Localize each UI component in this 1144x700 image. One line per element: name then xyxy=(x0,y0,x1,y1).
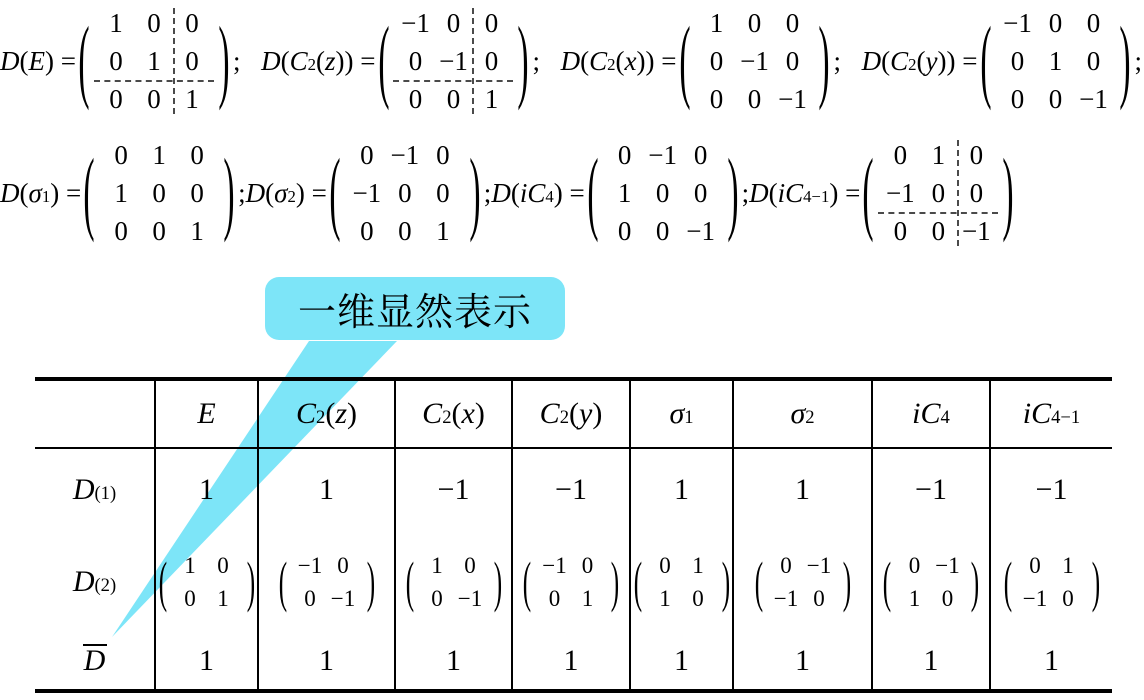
equation-lhs: D(E) = xyxy=(0,46,76,77)
slide-canvas: D(E) = (100010001);D(C2(z)) = (−1000−100… xyxy=(0,0,1144,700)
left-paren: ( xyxy=(587,146,598,240)
matrix-cell: 1 xyxy=(97,4,135,42)
equation-row-2: D(σ1) = (010100001);D(σ2) = (0−10−100001… xyxy=(0,136,1008,250)
table-cell: (−100−1) xyxy=(258,531,395,633)
equation-lhs: D(C2(x)) = xyxy=(561,46,677,77)
equation-lhs: D(C2(z)) = xyxy=(261,46,375,77)
matrix-cell: 0 xyxy=(571,549,604,582)
matrix: (0110) xyxy=(632,549,732,615)
table-header-row: EC2(z)C2(x)C2(y)σ1σ2iC4iC4−1 xyxy=(35,379,1112,448)
table-cell: (01−10) xyxy=(990,531,1112,633)
left-paren: ( xyxy=(679,14,690,108)
partition-hline xyxy=(94,80,214,82)
matrix: (01−10) xyxy=(1002,549,1102,615)
matrix-cell: 0 xyxy=(538,582,571,615)
matrix-cell: 1 xyxy=(173,80,211,118)
right-paren: ) xyxy=(1120,14,1131,108)
matrix-cell: −1 xyxy=(644,136,682,174)
matrix-cell: 0 xyxy=(881,136,919,174)
matrix-cell: −1 xyxy=(931,549,964,582)
left-paren: ( xyxy=(523,554,531,610)
matrix-cell: 0 xyxy=(327,549,360,582)
matrix-cell: −1 xyxy=(1019,582,1052,615)
matrix-cell: 0 xyxy=(606,136,644,174)
left-paren: ( xyxy=(78,14,89,108)
callout-label: 一维显然表示 xyxy=(298,281,532,336)
partition-vline xyxy=(957,140,959,246)
matrix-cell: 0 xyxy=(102,212,140,250)
matrix-cell: 0 xyxy=(735,80,773,118)
matrix-cell: −1 xyxy=(327,582,360,615)
table-cell: 1 xyxy=(155,448,258,531)
matrix-cell: 0 xyxy=(421,582,454,615)
matrix-cell: 0 xyxy=(682,582,715,615)
matrix-cell: 1 xyxy=(140,136,178,174)
table-cell: 1 xyxy=(733,448,872,531)
matrix-cell: 1 xyxy=(178,212,216,250)
column-header: σ1 xyxy=(630,379,733,448)
table-cell: 1 xyxy=(630,448,733,531)
matrix: (1001) xyxy=(157,549,257,615)
matrix-cell: 0 xyxy=(97,42,135,80)
matrix-cell: 0 xyxy=(386,212,424,250)
matrix-cell: 0 xyxy=(1074,4,1112,42)
equation: D(E) = (100010001); xyxy=(0,4,240,118)
matrix-cell: 0 xyxy=(1036,80,1074,118)
table-cell: 1 xyxy=(733,633,872,691)
equation-row-1: D(E) = (100010001);D(C2(z)) = (−1000−100… xyxy=(0,4,1142,118)
row-label: D(1) xyxy=(35,448,155,531)
table-row: D11111111 xyxy=(35,633,1112,691)
table-cell: 1 xyxy=(395,633,512,691)
partition-hline xyxy=(878,212,998,214)
table-cell: −1 xyxy=(512,448,630,531)
table-cell: 1 xyxy=(630,633,733,691)
table-cell: −1 xyxy=(872,448,990,531)
matrix-cell: 0 xyxy=(135,80,173,118)
left-paren: ( xyxy=(84,146,95,240)
matrix-cell: 1 xyxy=(424,212,462,250)
partition-vline xyxy=(472,8,474,114)
matrix-cell: 0 xyxy=(396,80,434,118)
matrix-cell: 1 xyxy=(649,582,682,615)
equation-lhs: D(iC4) = xyxy=(491,178,584,209)
matrix: (1000−1000−1) xyxy=(677,4,833,118)
equation-separator: ; xyxy=(1134,46,1142,77)
matrix-cell: 0 xyxy=(454,549,487,582)
matrix: (−10001000−1) xyxy=(978,4,1134,118)
matrix: (0−10−100001) xyxy=(327,136,483,250)
matrix-cell: 0 xyxy=(207,549,240,582)
matrix-cell: 1 xyxy=(1052,549,1085,582)
matrix-cell: 0 xyxy=(434,4,472,42)
table-cell: (1001) xyxy=(155,531,258,633)
equation-lhs: D(C2(y)) = xyxy=(862,46,978,77)
matrix: (010−10000−1) xyxy=(860,136,1016,250)
matrix-cell: −1 xyxy=(770,582,803,615)
matrix-cell: 1 xyxy=(174,549,207,582)
matrix-cell: 0 xyxy=(770,549,803,582)
partition-vline xyxy=(173,8,175,114)
table-cell: (0−1−10) xyxy=(733,531,872,633)
table-cell: (0110) xyxy=(630,531,733,633)
column-header: iC4−1 xyxy=(990,379,1112,448)
matrix-cell: 0 xyxy=(881,212,919,250)
matrix: (0−1010000−1) xyxy=(585,136,741,250)
right-paren: ) xyxy=(842,554,850,610)
row-label: D xyxy=(35,633,155,691)
column-header xyxy=(35,379,155,448)
left-paren: ( xyxy=(278,554,286,610)
matrix-cell: 1 xyxy=(421,549,454,582)
matrix-cell: 0 xyxy=(1019,549,1052,582)
matrix-cell: 0 xyxy=(735,4,773,42)
matrix-cell: 0 xyxy=(294,582,327,615)
matrix: (−1000−10001) xyxy=(376,4,532,118)
table-cell: 1 xyxy=(872,633,990,691)
right-paren: ) xyxy=(469,146,480,240)
matrix: (100−1) xyxy=(404,549,504,615)
left-paren: ( xyxy=(980,14,991,108)
matrix-cell: 0 xyxy=(472,42,510,80)
matrix-cell: −1 xyxy=(396,4,434,42)
right-paren: ) xyxy=(611,554,619,610)
right-paren: ) xyxy=(224,146,235,240)
representation-table: EC2(z)C2(x)C2(y)σ1σ2iC4iC4−1 D(1)11−1−11… xyxy=(35,377,1112,693)
matrix-cell: 0 xyxy=(998,42,1036,80)
left-paren: ( xyxy=(158,554,166,610)
matrix-cell: 0 xyxy=(178,174,216,212)
matrix-cell: 1 xyxy=(102,174,140,212)
matrix-cell: 0 xyxy=(424,174,462,212)
matrix-cell: 0 xyxy=(998,80,1036,118)
matrix-cell: 1 xyxy=(571,582,604,615)
matrix-cell: −1 xyxy=(682,212,720,250)
matrix-cell: 0 xyxy=(174,582,207,615)
left-paren: ( xyxy=(863,146,874,240)
matrix-cell: 0 xyxy=(178,136,216,174)
matrix-cell: −1 xyxy=(881,174,919,212)
right-paren: ) xyxy=(493,554,501,610)
matrix: (0−1−10) xyxy=(753,549,853,615)
matrix-cell: −1 xyxy=(386,136,424,174)
matrix-cell: 0 xyxy=(773,42,811,80)
row-label: D(2) xyxy=(35,531,155,633)
right-paren: ) xyxy=(1091,554,1099,610)
matrix-cell: −1 xyxy=(454,582,487,615)
matrix-cell: 1 xyxy=(472,80,510,118)
matrix-cell: 0 xyxy=(644,174,682,212)
matrix-cell: 0 xyxy=(348,136,386,174)
table-row: D(2)(1001)(−100−1)(100−1)(−1001)(0110)(0… xyxy=(35,531,1112,633)
equation: D(C2(y)) = (−10001000−1); xyxy=(862,4,1142,118)
matrix-cell: 0 xyxy=(957,174,995,212)
matrix-cell: 0 xyxy=(919,174,957,212)
matrix-cell: 0 xyxy=(957,136,995,174)
matrix-cell: 0 xyxy=(140,212,178,250)
equation: D(σ2) = (0−10−100001); xyxy=(246,136,492,250)
matrix-cell: 0 xyxy=(697,80,735,118)
equation: D(σ1) = (010100001); xyxy=(0,136,246,250)
right-paren: ) xyxy=(819,14,830,108)
matrix-cell: 0 xyxy=(898,549,931,582)
table-cell: 1 xyxy=(155,633,258,691)
callout-bubble: 一维显然表示 xyxy=(265,277,565,340)
right-paren: ) xyxy=(246,554,254,610)
matrix-cell: 0 xyxy=(919,212,957,250)
equation-lhs: D(σ2) = xyxy=(246,178,327,209)
right-paren: ) xyxy=(1003,146,1014,240)
right-paren: ) xyxy=(518,14,529,108)
matrix-cell: 0 xyxy=(682,174,720,212)
left-paren: ( xyxy=(633,554,641,610)
equation: D(iC4−1) = (010−10000−1) xyxy=(749,136,1016,250)
matrix-cell: −1 xyxy=(294,549,327,582)
left-paren: ( xyxy=(1003,554,1011,610)
left-paren: ( xyxy=(329,146,340,240)
matrix-cell: 0 xyxy=(1074,42,1112,80)
table-cell: (100−1) xyxy=(395,531,512,633)
equation-separator: ; xyxy=(238,178,246,209)
right-paren: ) xyxy=(218,14,229,108)
matrix: (−1001) xyxy=(521,549,621,615)
matrix-cell: −1 xyxy=(998,4,1036,42)
right-paren: ) xyxy=(727,146,738,240)
equation: D(iC4) = (0−1010000−1); xyxy=(491,136,749,250)
column-header: σ2 xyxy=(733,379,872,448)
equation-separator: ; xyxy=(532,46,540,77)
partition-hline xyxy=(393,80,513,82)
matrix-cell: −1 xyxy=(773,80,811,118)
equation-separator: ; xyxy=(833,46,841,77)
table-cell: (−1001) xyxy=(512,531,630,633)
matrix-cell: −1 xyxy=(434,42,472,80)
equation-separator: ; xyxy=(233,46,241,77)
matrix-cell: 0 xyxy=(697,42,735,80)
equation: D(C2(x)) = (1000−1000−1); xyxy=(561,4,841,118)
matrix-cell: 0 xyxy=(649,549,682,582)
matrix-cell: 0 xyxy=(140,174,178,212)
column-header: C2(z) xyxy=(258,379,395,448)
matrix-cell: 1 xyxy=(919,136,957,174)
matrix-cell: 1 xyxy=(898,582,931,615)
matrix-cell: 1 xyxy=(606,174,644,212)
matrix-cell: −1 xyxy=(735,42,773,80)
matrix-cell: 0 xyxy=(102,136,140,174)
table-row: D(1)11−1−111−1−1 xyxy=(35,448,1112,531)
table-cell: −1 xyxy=(990,448,1112,531)
matrix-cell: −1 xyxy=(957,212,995,250)
matrix-cell: −1 xyxy=(348,174,386,212)
matrix-cell: 0 xyxy=(173,4,211,42)
matrix-cell: 0 xyxy=(803,582,836,615)
equation-lhs: D(σ1) = xyxy=(0,178,81,209)
matrix-cell: 0 xyxy=(97,80,135,118)
matrix-cell: 0 xyxy=(682,136,720,174)
matrix-cell: 0 xyxy=(472,4,510,42)
matrix: (−100−1) xyxy=(277,549,377,615)
column-header: E xyxy=(155,379,258,448)
table-cell: −1 xyxy=(395,448,512,531)
matrix-cell: 0 xyxy=(386,174,424,212)
matrix-cell: −1 xyxy=(803,549,836,582)
right-paren: ) xyxy=(971,554,979,610)
matrix-cell: 0 xyxy=(1036,4,1074,42)
equation: D(C2(z)) = (−1000−10001); xyxy=(261,4,540,118)
right-paren: ) xyxy=(721,554,729,610)
matrix-cell: −1 xyxy=(538,549,571,582)
matrix-cell: 0 xyxy=(396,42,434,80)
matrix: (100010001) xyxy=(76,4,232,118)
matrix-cell: 1 xyxy=(682,549,715,582)
matrix-cell: 0 xyxy=(773,4,811,42)
matrix-cell: 0 xyxy=(434,80,472,118)
equation-lhs: D(iC4−1) = xyxy=(749,178,860,209)
matrix: (010100001) xyxy=(81,136,237,250)
left-paren: ( xyxy=(378,14,389,108)
matrix-cell: 0 xyxy=(931,582,964,615)
table-cell: 1 xyxy=(258,448,395,531)
matrix-cell: 0 xyxy=(1052,582,1085,615)
matrix-cell: 0 xyxy=(644,212,682,250)
left-paren: ( xyxy=(883,554,891,610)
matrix-cell: 1 xyxy=(135,42,173,80)
matrix-cell: 1 xyxy=(697,4,735,42)
matrix: (0−110) xyxy=(881,549,981,615)
right-paren: ) xyxy=(366,554,374,610)
left-paren: ( xyxy=(754,554,762,610)
matrix-cell: −1 xyxy=(1074,80,1112,118)
matrix-cell: 0 xyxy=(348,212,386,250)
column-header: C2(y) xyxy=(512,379,630,448)
matrix-cell: 0 xyxy=(606,212,644,250)
left-paren: ( xyxy=(405,554,413,610)
table-cell: (0−110) xyxy=(872,531,990,633)
matrix-cell: 0 xyxy=(173,42,211,80)
matrix-cell: 0 xyxy=(135,4,173,42)
representation-equations: D(E) = (100010001);D(C2(z)) = (−1000−100… xyxy=(0,0,1144,250)
table-cell: 1 xyxy=(512,633,630,691)
column-header: C2(x) xyxy=(395,379,512,448)
table-cell: 1 xyxy=(258,633,395,691)
table-cell: 1 xyxy=(990,633,1112,691)
matrix-cell: 1 xyxy=(207,582,240,615)
column-header: iC4 xyxy=(872,379,990,448)
matrix-cell: 0 xyxy=(424,136,462,174)
matrix-cell: 1 xyxy=(1036,42,1074,80)
